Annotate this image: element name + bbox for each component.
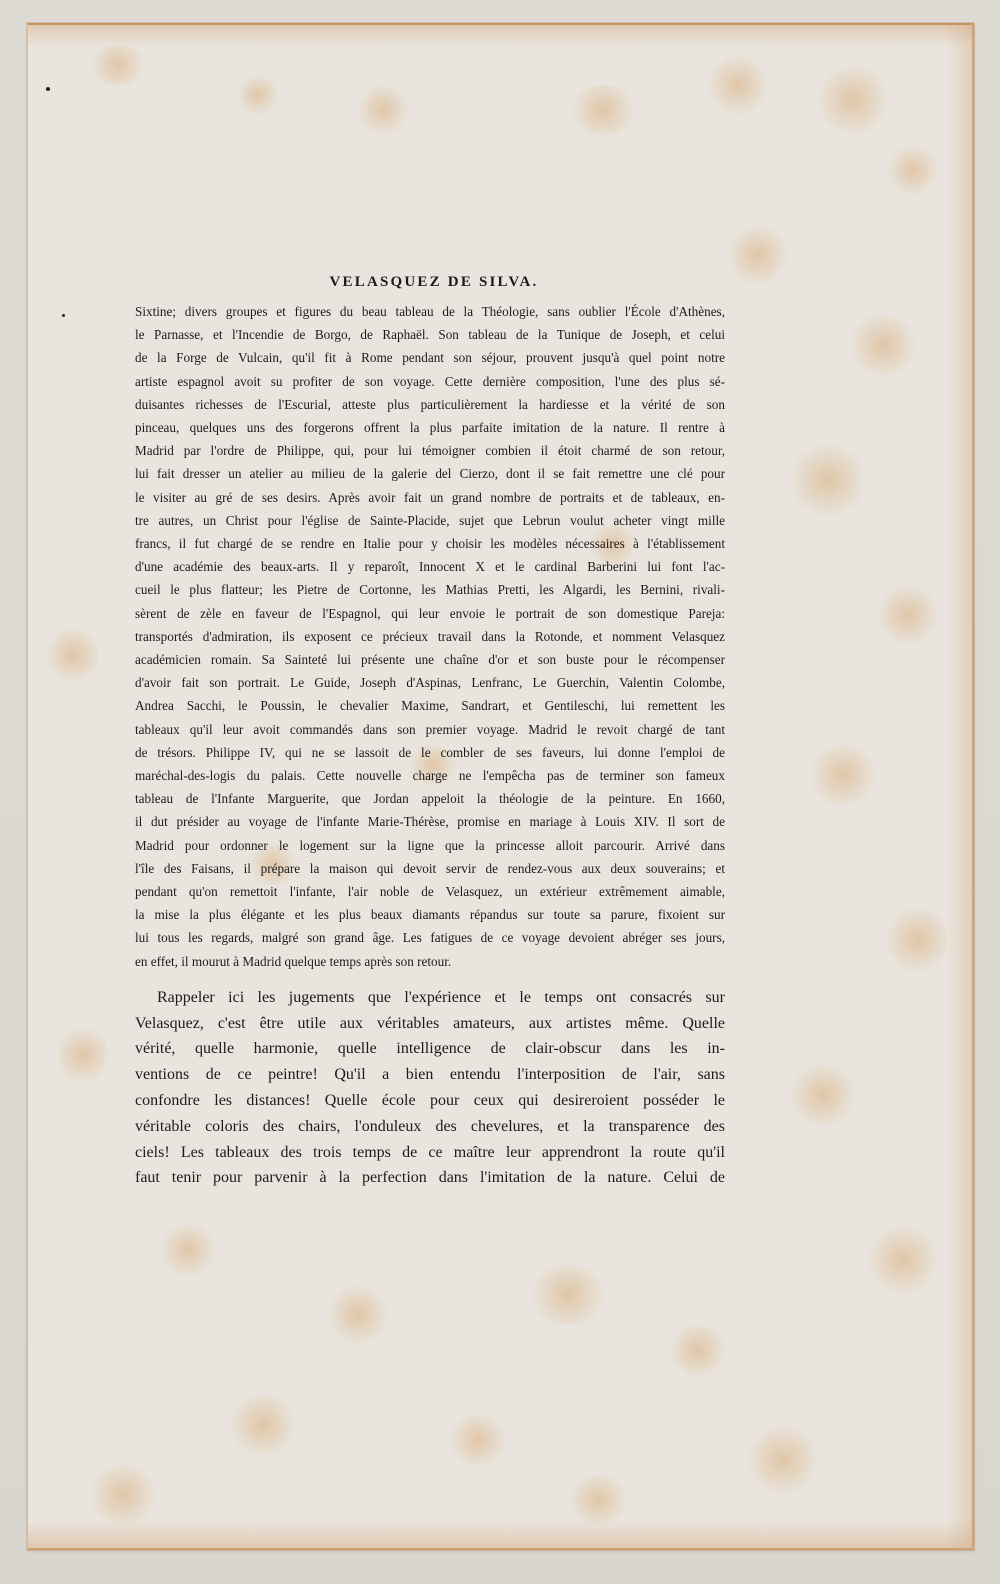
- foxing-spot: [788, 445, 868, 515]
- text-line: ciels! Les tableaux des trois temps de c…: [135, 1140, 725, 1166]
- text-line: la mise la plus élégante et les plus bea…: [135, 903, 725, 926]
- text-line: francs, il fut chargé de se rendre en It…: [135, 532, 725, 555]
- foxing-spot: [568, 1475, 628, 1525]
- ink-dot-margin: [62, 314, 65, 317]
- foxing-spot: [868, 1225, 938, 1295]
- page-title: VELASQUEZ DE SILVA.: [135, 270, 725, 294]
- text-line: d'une académie des beaux-arts. Il y repa…: [135, 555, 725, 578]
- paragraph-biography: Sixtine; divers groupes et figures du be…: [135, 300, 725, 973]
- foxing-spot: [668, 1325, 728, 1375]
- text-line: Madrid par l'ordre de Philippe, qui, pou…: [135, 439, 725, 462]
- foxing-spot: [528, 1265, 608, 1325]
- foxing-spot: [878, 585, 938, 645]
- text-line: vérité, quelle harmonie, quelle intellig…: [135, 1036, 725, 1062]
- text-line: sèrent de zèle en faveur de l'Espagnol, …: [135, 602, 725, 625]
- foxing-spot: [788, 1065, 858, 1125]
- text-line: faut tenir pour parvenir à la perfection…: [135, 1165, 725, 1191]
- text-line: véritable coloris des chairs, l'onduleux…: [135, 1114, 725, 1140]
- text-line: Rappeler ici les jugements que l'expérie…: [135, 985, 725, 1011]
- text-line: tableau de l'Infante Marguerite, que Jor…: [135, 787, 725, 810]
- edge-stain-right: [946, 25, 972, 1548]
- page-text: VELASQUEZ DE SILVA. Sixtine; divers grou…: [135, 270, 725, 1191]
- text-line: lui fait dresser un atelier au milieu de…: [135, 462, 725, 485]
- text-line: tableaux qu'il leur avoit commandés dans…: [135, 718, 725, 741]
- text-line: tre autres, un Christ pour l'église de S…: [135, 509, 725, 532]
- edge-stain-top: [28, 25, 972, 47]
- text-line: l'île des Faisans, il prépare la maison …: [135, 857, 725, 880]
- text-line: artiste espagnol avoit su profiter de so…: [135, 370, 725, 393]
- text-line: Madrid pour ordonner le logement sur la …: [135, 834, 725, 857]
- text-line: Sixtine; divers groupes et figures du be…: [135, 300, 725, 323]
- foxing-spot: [58, 1025, 108, 1085]
- text-line: confondre les distances! Quelle école po…: [135, 1088, 725, 1114]
- text-line: duisantes richesses de l'Escurial, attes…: [135, 393, 725, 416]
- foxing-spot: [888, 905, 948, 975]
- text-line: en effet, il mourut à Madrid quelque tem…: [135, 950, 725, 973]
- text-line: pinceau, quelques uns des forgerons offr…: [135, 416, 725, 439]
- foxing-spot: [48, 625, 98, 685]
- text-line: d'avoir fait son portrait. Le Guide, Jos…: [135, 671, 725, 694]
- foxing-spot: [568, 85, 638, 135]
- text-line: de trésors. Philippe IV, qui ne se lasso…: [135, 741, 725, 764]
- edge-stain-bottom: [28, 1520, 972, 1548]
- foxing-spot: [358, 85, 408, 135]
- foxing-spot: [728, 225, 788, 285]
- text-line: cueil le plus flatteur; les Pietre de Co…: [135, 578, 725, 601]
- foxing-spot: [88, 1465, 158, 1525]
- ink-dot-top-left: [46, 87, 50, 91]
- foxing-spot: [448, 1415, 508, 1465]
- foxing-spot: [818, 65, 888, 135]
- text-line: ventions de ce peintre! Qu'il a bien ent…: [135, 1062, 725, 1088]
- foxing-spot: [328, 1285, 388, 1345]
- foxing-spot: [708, 55, 768, 115]
- foxing-spot: [158, 1225, 218, 1275]
- foxing-spot: [748, 1425, 818, 1495]
- text-line: lui tous les regards, malgré son grand â…: [135, 926, 725, 949]
- text-line: le visiter au gré de ses desirs. Après a…: [135, 486, 725, 509]
- text-line: Andrea Sacchi, le Poussin, le chevalier …: [135, 694, 725, 717]
- text-line: de la Forge de Vulcain, qu'il fit à Rome…: [135, 346, 725, 369]
- text-line: transportés d'admiration, ils exposent c…: [135, 625, 725, 648]
- foxing-spot: [848, 315, 918, 375]
- text-line: il dut présider au voyage de l'infante M…: [135, 810, 725, 833]
- text-line: Velasquez, c'est être utile aux véritabl…: [135, 1011, 725, 1037]
- foxing-spot: [888, 145, 938, 195]
- text-line: maréchal-des-logis du palais. Cette nouv…: [135, 764, 725, 787]
- foxing-spot: [808, 745, 878, 805]
- foxing-spot: [228, 1395, 298, 1455]
- text-line: académicien romain. Sa Sainteté lui prés…: [135, 648, 725, 671]
- text-line: le Parnasse, et l'Incendie de Borgo, de …: [135, 323, 725, 346]
- foxing-spot: [238, 75, 278, 115]
- paragraph-appreciation: Rappeler ici les jugements que l'expérie…: [135, 985, 725, 1191]
- text-line: pendant qu'on remettoit l'infante, l'air…: [135, 880, 725, 903]
- foxing-spot: [88, 45, 148, 85]
